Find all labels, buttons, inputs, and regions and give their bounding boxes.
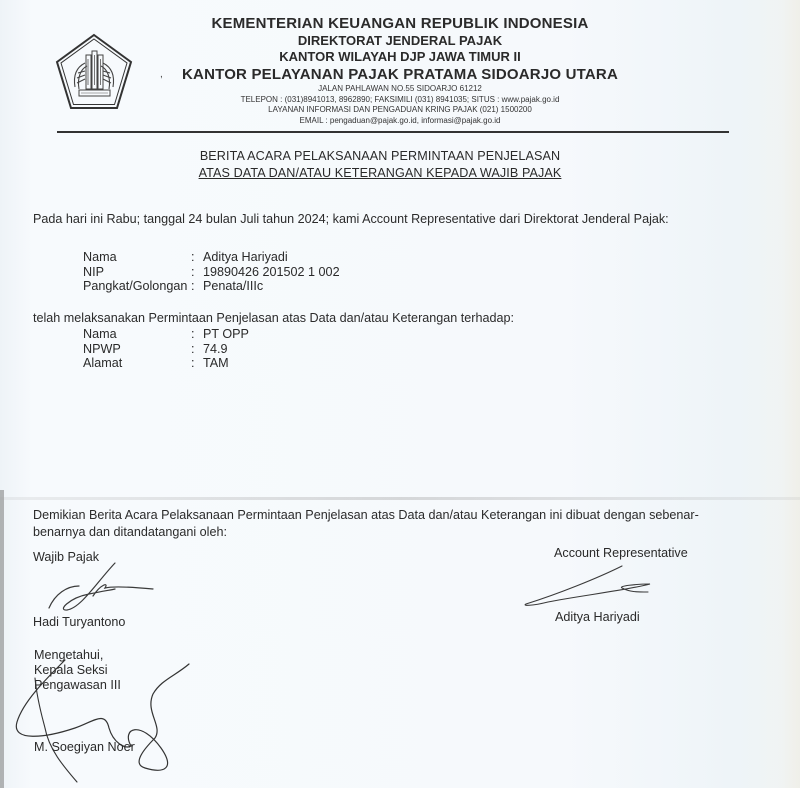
field-colon: : [191,356,203,371]
ministry-of-finance-emblem-icon [55,33,133,111]
officer-row: Pangkat/Golongan : Penata/IIIc [83,279,340,294]
officer-row: NIP : 19890426 201502 1 002 [83,265,340,280]
office-address: JALAN PAHLAWAN NO.55 SIDOARJO 61212 [170,84,630,95]
document-title-line2: ATAS DATA DAN/ATAU KETERANGAN KEPADA WAJ… [160,165,600,182]
officer-nip-value: 19890426 201502 1 002 [203,265,340,280]
taxpayer-signature-icon [45,560,165,620]
taxpayer-signatory-name: Hadi Turyantono [33,615,125,629]
regional-office-name: KANTOR WILAYAH DJP JAWA TIMUR II [170,49,630,65]
taxpayer-details: Nama : PT OPP NPWP : 74.9 Alamat : TAM [83,327,249,371]
taxpayer-row: Alamat : TAM [83,356,249,371]
field-label: Pangkat/Golongan [83,279,191,294]
scan-edge-shadow [0,490,4,790]
action-paragraph: telah melaksanakan Permintaan Penjelasan… [33,311,514,325]
representative-signatory-name: Aditya Hariyadi [555,610,640,624]
field-label: Nama [83,250,191,265]
document-title-line1: BERITA ACARA PELAKSANAAN PERMINTAAN PENJ… [160,148,600,165]
representative-signature-role: Account Representative [554,546,688,560]
field-colon: : [191,342,203,357]
field-label: Nama [83,327,191,342]
closing-paragraph-line1: Demikian Berita Acara Pelaksanaan Permin… [33,508,699,522]
scan-edge-shadow-right [782,0,800,788]
directorate-name: DIREKTORAT JENDERAL PAJAK [170,33,630,49]
document-title: BERITA ACARA PELAKSANAAN PERMINTAAN PENJ… [160,148,600,182]
taxpayer-row: Nama : PT OPP [83,327,249,342]
representative-signature-icon [518,562,668,612]
acknowledger-signature-icon [5,650,205,790]
tax-office-name: KANTOR PELAYANAN PAJAK PRATAMA SIDOARJO … [170,65,630,84]
letterhead-divider [57,131,729,133]
officer-rank-value: Penata/IIIc [203,279,263,294]
office-contact: TELEPON : (031)8941013, 8962890; FAKSIMI… [170,95,630,106]
taxpayer-row: NPWP : 74.9 [83,342,249,357]
ministry-name: KEMENTERIAN KEUANGAN REPUBLIK INDONESIA [170,14,630,33]
field-label: NPWP [83,342,191,357]
office-email: EMAIL : pengaduan@pajak.go.id, informasi… [170,116,630,127]
acknowledger-name: M. Soegiyan Noer [34,740,135,754]
closing-paragraph-line2: benarnya dan ditandatangani oleh: [33,525,227,539]
officer-row: Nama : Aditya Hariyadi [83,250,340,265]
taxpayer-name-value: PT OPP [203,327,249,342]
field-label: NIP [83,265,191,280]
scan-speck: , [160,69,163,80]
taxpayer-npwp-value: 74.9 [203,342,228,357]
field-colon: : [191,327,203,342]
office-service-line: LAYANAN INFORMASI DAN PENGADUAN KRING PA… [170,105,630,116]
letterhead: KEMENTERIAN KEUANGAN REPUBLIK INDONESIA … [170,14,630,126]
taxpayer-address-value: TAM [203,356,229,371]
paper-fold-line [0,497,800,500]
field-colon: : [191,265,203,280]
officer-details: Nama : Aditya Hariyadi NIP : 19890426 20… [83,250,340,294]
opening-paragraph: Pada hari ini Rabu; tanggal 24 bulan Jul… [33,212,669,226]
field-colon: : [191,250,203,265]
field-colon: : [191,279,203,294]
officer-name-value: Aditya Hariyadi [203,250,288,265]
field-label: Alamat [83,356,191,371]
